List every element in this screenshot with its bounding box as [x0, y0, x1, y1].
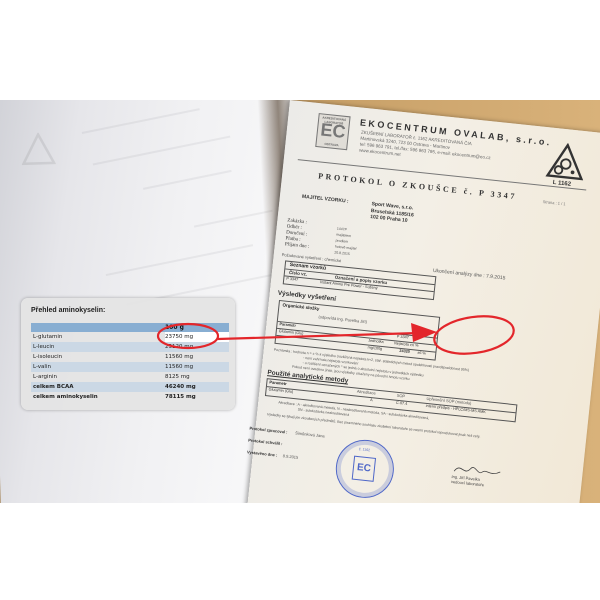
issued-date: 8.9.2015	[283, 453, 299, 460]
analysis-end-date: Ukončení analýzy dne : 7.9.2015	[433, 268, 506, 282]
amino-acid-table: 100 g L-glutamin23750 mgL-leucin23120 mg…	[31, 323, 229, 402]
page-number: Strana : 1 / 1	[543, 199, 566, 206]
amino-acid-name: celkem aminokyselin	[31, 392, 165, 402]
amino-acid-row: L-valin11560 mg	[31, 362, 229, 372]
amino-acid-summary-callout: Přehled aminokyselin: 100 g L-glutamin23…	[21, 298, 235, 410]
owner-label: MAJITEL VZORKU :	[302, 194, 349, 205]
approved-label: Protokol schválil :	[248, 438, 283, 447]
amino-acid-value: 8125 mg	[165, 372, 229, 382]
amino-acid-row: L-leucin23120 mg	[31, 342, 229, 352]
amino-acid-name: L-valin	[31, 362, 165, 372]
amino-acid-value: 23120 mg	[165, 342, 229, 352]
prepared-by: Šimůnková Jana	[295, 430, 325, 438]
lab-logo: AKREDITOVANÁ LABORATOŘ EC OSTRAVA	[315, 113, 350, 150]
amino-acid-row: L-arginin8125 mg	[31, 372, 229, 382]
amino-acid-name: L-isoleucin	[31, 352, 165, 362]
amino-acid-row: L-glutamin23750 mg	[31, 332, 229, 342]
order-meta-values: 1447P majitelem prodlem hotově majitel 2…	[334, 226, 359, 258]
callout-title: Přehled aminokyselin:	[31, 307, 105, 314]
amino-acid-name: celkem BCAA	[31, 382, 165, 392]
lab-protocol-page: AKREDITOVANÁ LABORATOŘ EC OSTRAVA EKOCEN…	[246, 100, 600, 503]
order-meta-labels: Zakázka : Odběr : Doručení : Platba : Př…	[284, 218, 311, 250]
amino-acid-value: 11560 mg	[165, 362, 229, 372]
amino-acid-row: celkem BCAA46240 mg	[31, 382, 229, 392]
amino-acid-value: 46240 mg	[165, 382, 229, 392]
prepared-label: Protokol zpracoval :	[249, 426, 288, 435]
signer: Ing. Jiří Pavelka vedoucí laboratoře	[451, 474, 485, 487]
owner-address: Sport Wave, s.r.o. Bruselská 1185/16 102…	[370, 201, 415, 225]
official-stamp: č. 1162 EC	[333, 437, 397, 501]
amino-acid-value: 11560 mg	[165, 352, 229, 362]
amino-acid-value: 78115 mg	[165, 392, 229, 402]
amino-acid-row: celkem aminokyselin78115 mg	[31, 392, 229, 402]
amino-acid-name: L-leucin	[31, 342, 165, 352]
amino-acid-value: 23750 mg	[165, 332, 229, 342]
glutamin-result-value: 24320	[399, 349, 410, 354]
accreditation-triangle-logo-icon	[545, 141, 587, 181]
ghost-accreditation-logo-icon	[21, 132, 56, 167]
protocol-title: PROTOKOL O ZKOUŠCE č. P 3347	[318, 171, 518, 201]
amino-acid-row: L-isoleucin11560 mg	[31, 352, 229, 362]
amino-acid-name: L-glutamin	[31, 332, 165, 342]
amino-acid-name: L-arginin	[31, 372, 165, 382]
column-header-100g: 100 g	[165, 323, 229, 332]
